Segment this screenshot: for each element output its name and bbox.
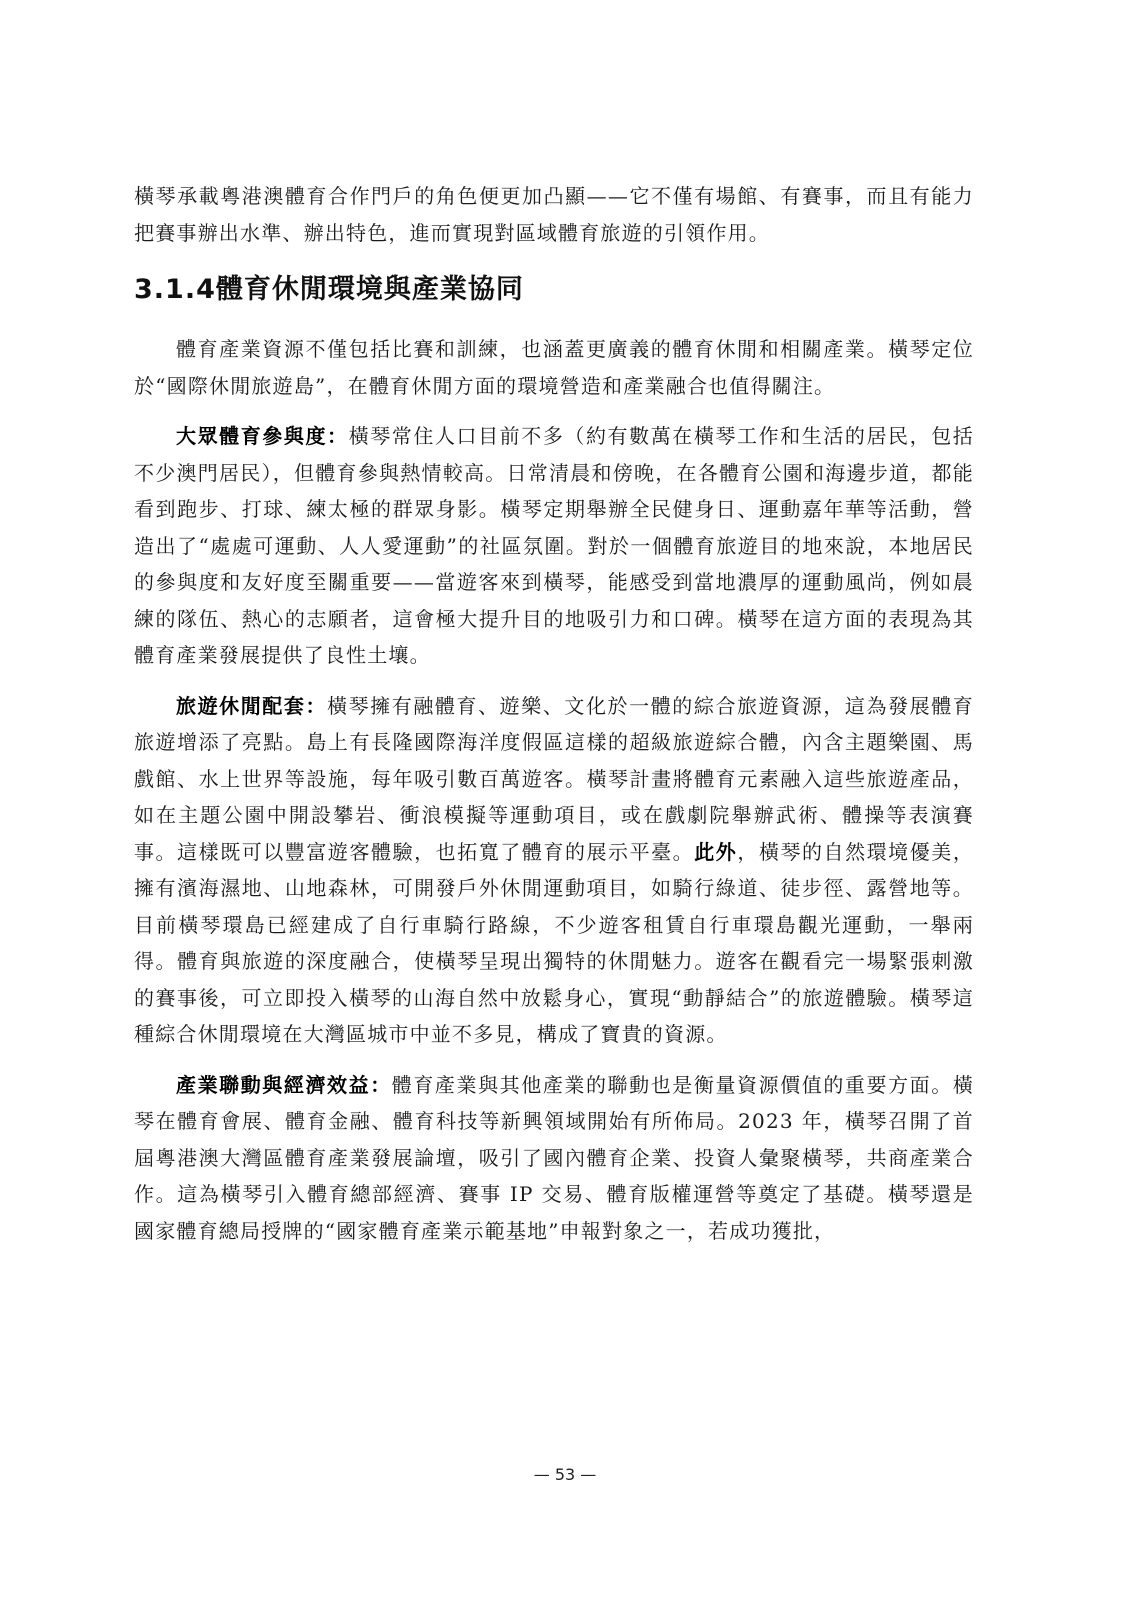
paragraph-text-continued: ，橫琴的自然環境優美，擁有濱海濕地、山地森林，可開發戶外休閒運動項目，如騎行綠道… bbox=[134, 840, 974, 1047]
paragraph-tourism-leisure: 旅遊休閒配套：橫琴擁有融體育、遊樂、文化於一體的綜合旅遊資源，這為發展體育旅遊增… bbox=[134, 688, 974, 1053]
paragraph-public-participation: 大眾體育參與度：橫琴常住人口目前不多（約有數萬在橫琴工作和生活的居民，包括不少澳… bbox=[134, 418, 974, 674]
paragraph-label: 旅遊休閒配套： bbox=[176, 694, 327, 718]
section-heading: 3.1.4體育休閒環境與產業協同 bbox=[134, 271, 974, 309]
paragraph-label: 大眾體育參與度： bbox=[176, 424, 349, 448]
paragraph-industry-linkage: 產業聯動與經濟效益：體育產業與其他產業的聯動也是衡量資源價值的重要方面。橫琴在體… bbox=[134, 1067, 974, 1250]
lead-paragraph: 體育產業資源不僅包括比賽和訓練，也涵蓋更廣義的體育休閒和相關產業。橫琴定位於“國… bbox=[134, 331, 974, 404]
paragraph-text: 體育產業與其他產業的聯動也是衡量資源價值的重要方面。橫琴在體育會展、體育金融、體… bbox=[134, 1073, 974, 1243]
paragraph-label: 產業聯動與經濟效益： bbox=[176, 1073, 392, 1097]
paragraph-gap bbox=[134, 404, 974, 418]
intro-paragraph: 橫琴承載粵港澳體育合作門戶的角色便更加凸顯——它不僅有場館、有賽事，而且有能力把… bbox=[134, 178, 974, 251]
page-number: — 53 — bbox=[0, 1465, 1130, 1484]
document-page: 橫琴承載粵港澳體育合作門戶的角色便更加凸顯——它不僅有場館、有賽事，而且有能力把… bbox=[134, 178, 974, 1249]
paragraph-gap bbox=[134, 1053, 974, 1067]
section-title: 體育休閒環境與產業協同 bbox=[216, 274, 524, 305]
paragraph-text: 橫琴擁有融體育、遊樂、文化於一體的綜合旅遊資源，這為發展體育旅遊增添了亮點。島上… bbox=[134, 694, 974, 864]
section-number: 3.1.4 bbox=[134, 274, 216, 305]
paragraph-gap bbox=[134, 674, 974, 688]
inline-bold-text: 此外 bbox=[694, 840, 737, 864]
paragraph-text: 橫琴常住人口目前不多（約有數萬在橫琴工作和生活的居民，包括不少澳門居民），但體育… bbox=[134, 424, 974, 667]
